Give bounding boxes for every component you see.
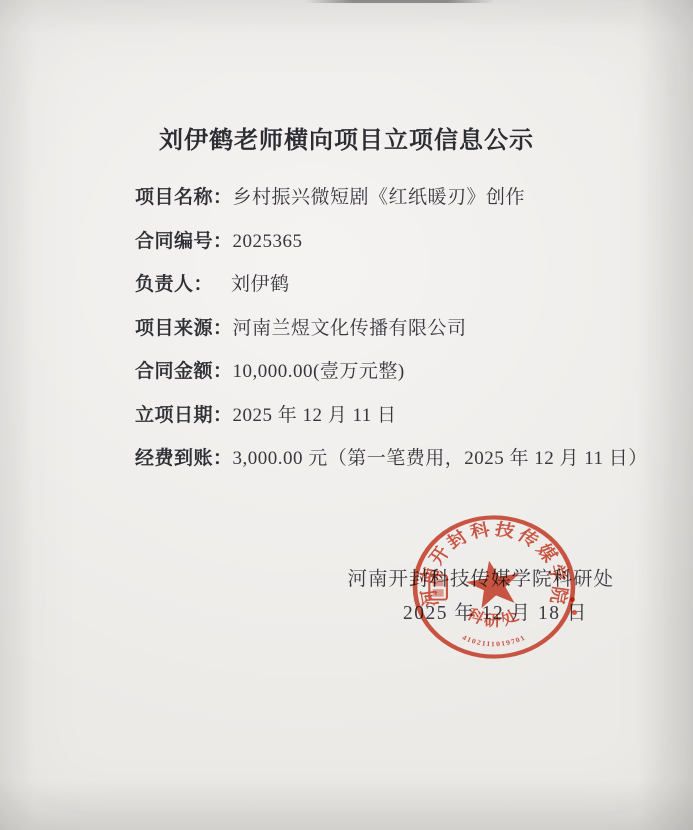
official-seal: 河南开封科技传媒学院 科研处 4102111019701 — [410, 513, 578, 661]
field-value: 2025365 — [233, 232, 655, 252]
field-value: 2025 年 12 月 11 日 — [233, 406, 655, 426]
document-title: 刘伊鹤老师横向项目立项信息公示 — [0, 120, 693, 155]
field-row-leader: 负责人： 刘伊鹤 — [135, 275, 655, 295]
document-photo: 刘伊鹤老师横向项目立项信息公示 项目名称： 乡村振兴微短剧《红纸暖刃》创作 合同… — [0, 0, 693, 830]
field-value: 3,000.00 元（第一笔费用，2025 年 12 月 11 日） — [233, 449, 655, 469]
seal-star — [466, 561, 520, 608]
paper-top-edge — [305, 0, 495, 3]
field-row-funds-received: 经费到账： 3,000.00 元（第一笔费用，2025 年 12 月 11 日） — [135, 449, 655, 469]
field-label: 经费到账： — [135, 449, 233, 469]
field-label: 项目来源： — [135, 319, 233, 339]
field-row-project-source: 项目来源： 河南兰煜文化传播有限公司 — [135, 319, 655, 339]
field-row-approval-date: 立项日期： 2025 年 12 月 11 日 — [135, 406, 655, 426]
field-label: 合同编号： — [135, 232, 233, 252]
seal-bottom-text: 科研处 — [463, 605, 524, 629]
field-value: 乡村振兴微短剧《红纸暖刃》创作 — [233, 188, 655, 208]
field-value: 刘伊鹤 — [231, 275, 655, 295]
field-value: 10,000.00(壹万元整) — [233, 362, 655, 382]
field-label: 合同金额： — [135, 362, 233, 382]
field-label: 项目名称： — [135, 188, 233, 208]
field-value: 河南兰煜文化传播有限公司 — [233, 319, 655, 339]
field-row-project-name: 项目名称： 乡村振兴微短剧《红纸暖刃》创作 — [135, 188, 655, 208]
field-label: 负责人： — [135, 275, 231, 295]
fields-list: 项目名称： 乡村振兴微短剧《红纸暖刃》创作 合同编号： 2025365 负责人：… — [135, 188, 655, 493]
field-label: 立项日期： — [135, 406, 233, 426]
field-row-contract-amount: 合同金额： 10,000.00(壹万元整) — [135, 362, 655, 382]
field-row-contract-number: 合同编号： 2025365 — [135, 232, 655, 252]
seal-code: 4102111019701 — [461, 633, 528, 648]
